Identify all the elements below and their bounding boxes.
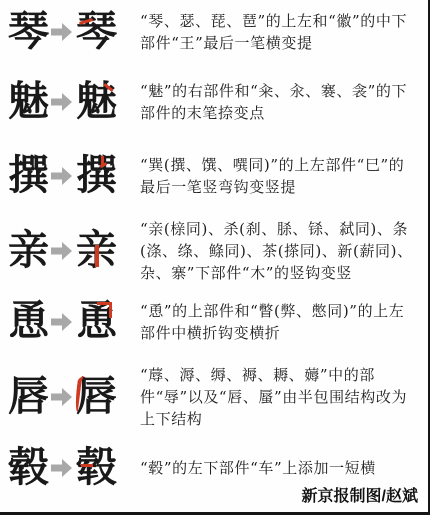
char-before: 琴 [8, 10, 49, 53]
rule-description: “巽(撰、馔、噀同)”的上左部件“巳”的最后一笔竖弯钩变竖提 [140, 154, 418, 198]
arrow-right-icon [51, 387, 73, 407]
rule-description: “毂”的左下部件“车”上添加一短横 [140, 457, 418, 479]
changed-stroke-highlight [101, 156, 104, 167]
char-after: 毂 [76, 446, 117, 489]
char-after: 琴 [76, 10, 117, 53]
char-after-wrap: 唇 [76, 375, 117, 418]
credit-line: 新京报制图/赵斌 [302, 483, 418, 506]
arrow-right-icon [51, 92, 73, 112]
arrow-right-icon [51, 166, 73, 186]
char-after-wrap: 毂 [76, 446, 117, 489]
rule-description: “亲(榇同)、杀(刹、脎、铩、弑同)、条(涤、绦、鲦同)、茶(搽同)、新(薪同)… [140, 218, 418, 284]
rule-row: 撰 撰 “巽(撰、馔、噀同)”的上左部件“巳”的最后一笔竖弯钩变竖提 [0, 154, 424, 198]
char-before: 恿 [8, 300, 49, 343]
char-after-wrap: 魅 [76, 80, 117, 123]
arrow-right-icon [51, 241, 73, 261]
char-after: 撰 [76, 154, 117, 197]
changed-stroke-highlight [95, 245, 99, 267]
rule-row: 恿 恿 “恿”的上部件和“瞥(弊、憋同)”的上左部件中横折钩变横折 [0, 300, 424, 344]
infographic-canvas: 琴 琴 “琴、瑟、琵、琶”的上左和“徽”的中下部件“王”最后一笔横变提 魅 魅 … [0, 0, 430, 515]
rule-row: 魅 魅 “魅”的右部件和“籴、汆、褰、衾”的下部件的末笔捺变点 [0, 80, 424, 124]
character-pair: 亲 亲 [0, 229, 140, 272]
char-before: 魅 [8, 80, 49, 123]
rule-row: 亲 亲 “亲(榇同)、杀(刹、脎、铩、弑同)、条(涤、绦、鲦同)、茶(搽同)、新… [0, 218, 424, 284]
arrow-right-icon [51, 458, 73, 478]
changed-stroke-highlight [97, 302, 112, 318]
rule-description: “蓐、溽、缛、褥、耨、薅”中的部件“辱”以及“唇、蜃”由半包围结构改为上下结构 [140, 364, 418, 430]
character-pair: 毂 毂 [0, 446, 140, 489]
changed-stroke-highlight [81, 464, 93, 467]
character-pair: 魅 魅 [0, 80, 140, 123]
char-before: 毂 [8, 446, 49, 489]
character-pair: 琴 琴 [0, 10, 140, 53]
arrow-right-icon [51, 312, 73, 332]
char-after-wrap: 恿 [76, 300, 117, 343]
char-before: 亲 [8, 229, 49, 272]
character-pair: 恿 恿 [0, 300, 140, 343]
arrow-right-icon [51, 22, 73, 42]
rule-row: 琴 琴 “琴、瑟、琵、琶”的上左和“徽”的中下部件“王”最后一笔横变提 [0, 10, 424, 54]
char-after-wrap: 撰 [76, 154, 117, 197]
rule-description: “恿”的上部件和“瞥(弊、憋同)”的上左部件中横折钩变横折 [140, 300, 418, 344]
rule-description: “魅”的右部件和“籴、汆、褰、衾”的下部件的末笔捺变点 [140, 80, 418, 124]
rule-row: 唇 唇 “蓐、溽、缛、褥、耨、薅”中的部件“辱”以及“唇、蜃”由半包围结构改为上… [0, 364, 424, 430]
rule-description: “琴、瑟、琵、琶”的上左和“徽”的中下部件“王”最后一笔横变提 [140, 10, 418, 54]
char-before: 唇 [8, 375, 49, 418]
char-after-wrap: 琴 [76, 10, 117, 53]
character-pair: 撰 撰 [0, 154, 140, 197]
char-after-wrap: 亲 [76, 229, 117, 272]
char-before: 撰 [8, 154, 49, 197]
character-pair: 唇 唇 [0, 375, 140, 418]
